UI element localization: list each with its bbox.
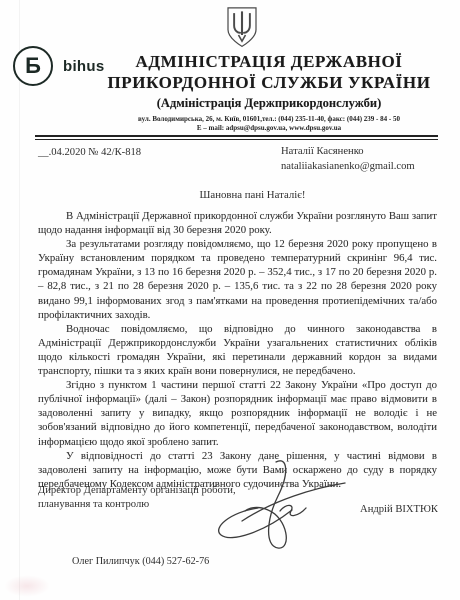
- reference-number: __.04.2020 № 42/К-818: [38, 147, 141, 158]
- recipient-email: nataliiakasianenko@gmail.com: [281, 160, 415, 175]
- org-email-line: Е – mail: adpsu@dpsu.gov.ua, www.dpsu.go…: [84, 124, 454, 133]
- recipient-block: Наталії Касяненко nataliiakasianenko@gma…: [281, 145, 415, 174]
- trident-emblem-icon: [221, 5, 263, 51]
- letter-body: Шановна пані Наталіє! В Адміністрації Де…: [38, 188, 437, 491]
- signature-block: Директор Департаменту організації роботи…: [38, 484, 438, 512]
- scanned-letter: Б bihus АДМІНІСТРАЦІЯ ДЕРЖАВНОЇ ПРИКОРДО…: [0, 0, 460, 600]
- bihus-monogram-letter: Б: [25, 53, 41, 79]
- handwritten-signature-icon: [212, 458, 348, 556]
- org-short-name: (Адміністрація Держприкордонслужби): [84, 96, 454, 111]
- scan-edge-artifact: [19, 0, 20, 600]
- greeting: Шановна пані Наталіє!: [38, 188, 437, 202]
- executor-contact: Олег Пилипчук (044) 527-62-76: [72, 556, 209, 567]
- letterhead: АДМІНІСТРАЦІЯ ДЕРЖАВНОЇ ПРИКОРДОННОЇ СЛУ…: [84, 52, 454, 132]
- letterhead-divider: [35, 135, 438, 140]
- recipient-name: Наталії Касяненко: [281, 145, 415, 160]
- body-paragraph: За результатами розгляду повідомляємо, щ…: [38, 237, 437, 322]
- signer-name: Андрій ВІХТЮК: [360, 503, 438, 517]
- bihus-monogram-icon: Б: [13, 46, 53, 86]
- org-address-line: вул. Володимирська, 26, м. Київ, 01601,т…: [84, 115, 454, 124]
- org-name-line1: АДМІНІСТРАЦІЯ ДЕРЖАВНОЇ: [84, 52, 454, 72]
- body-paragraph: Згідно з пунктом 1 частини першої статті…: [38, 378, 437, 448]
- scan-smudge-artifact: [4, 575, 50, 597]
- org-name-line2: ПРИКОРДОННОЇ СЛУЖБИ УКРАЇНИ: [84, 72, 454, 93]
- body-paragraph: Водночас повідомляємо, що відповідно до …: [38, 322, 437, 378]
- body-paragraph: В Адміністрації Державної прикордонної с…: [38, 209, 437, 237]
